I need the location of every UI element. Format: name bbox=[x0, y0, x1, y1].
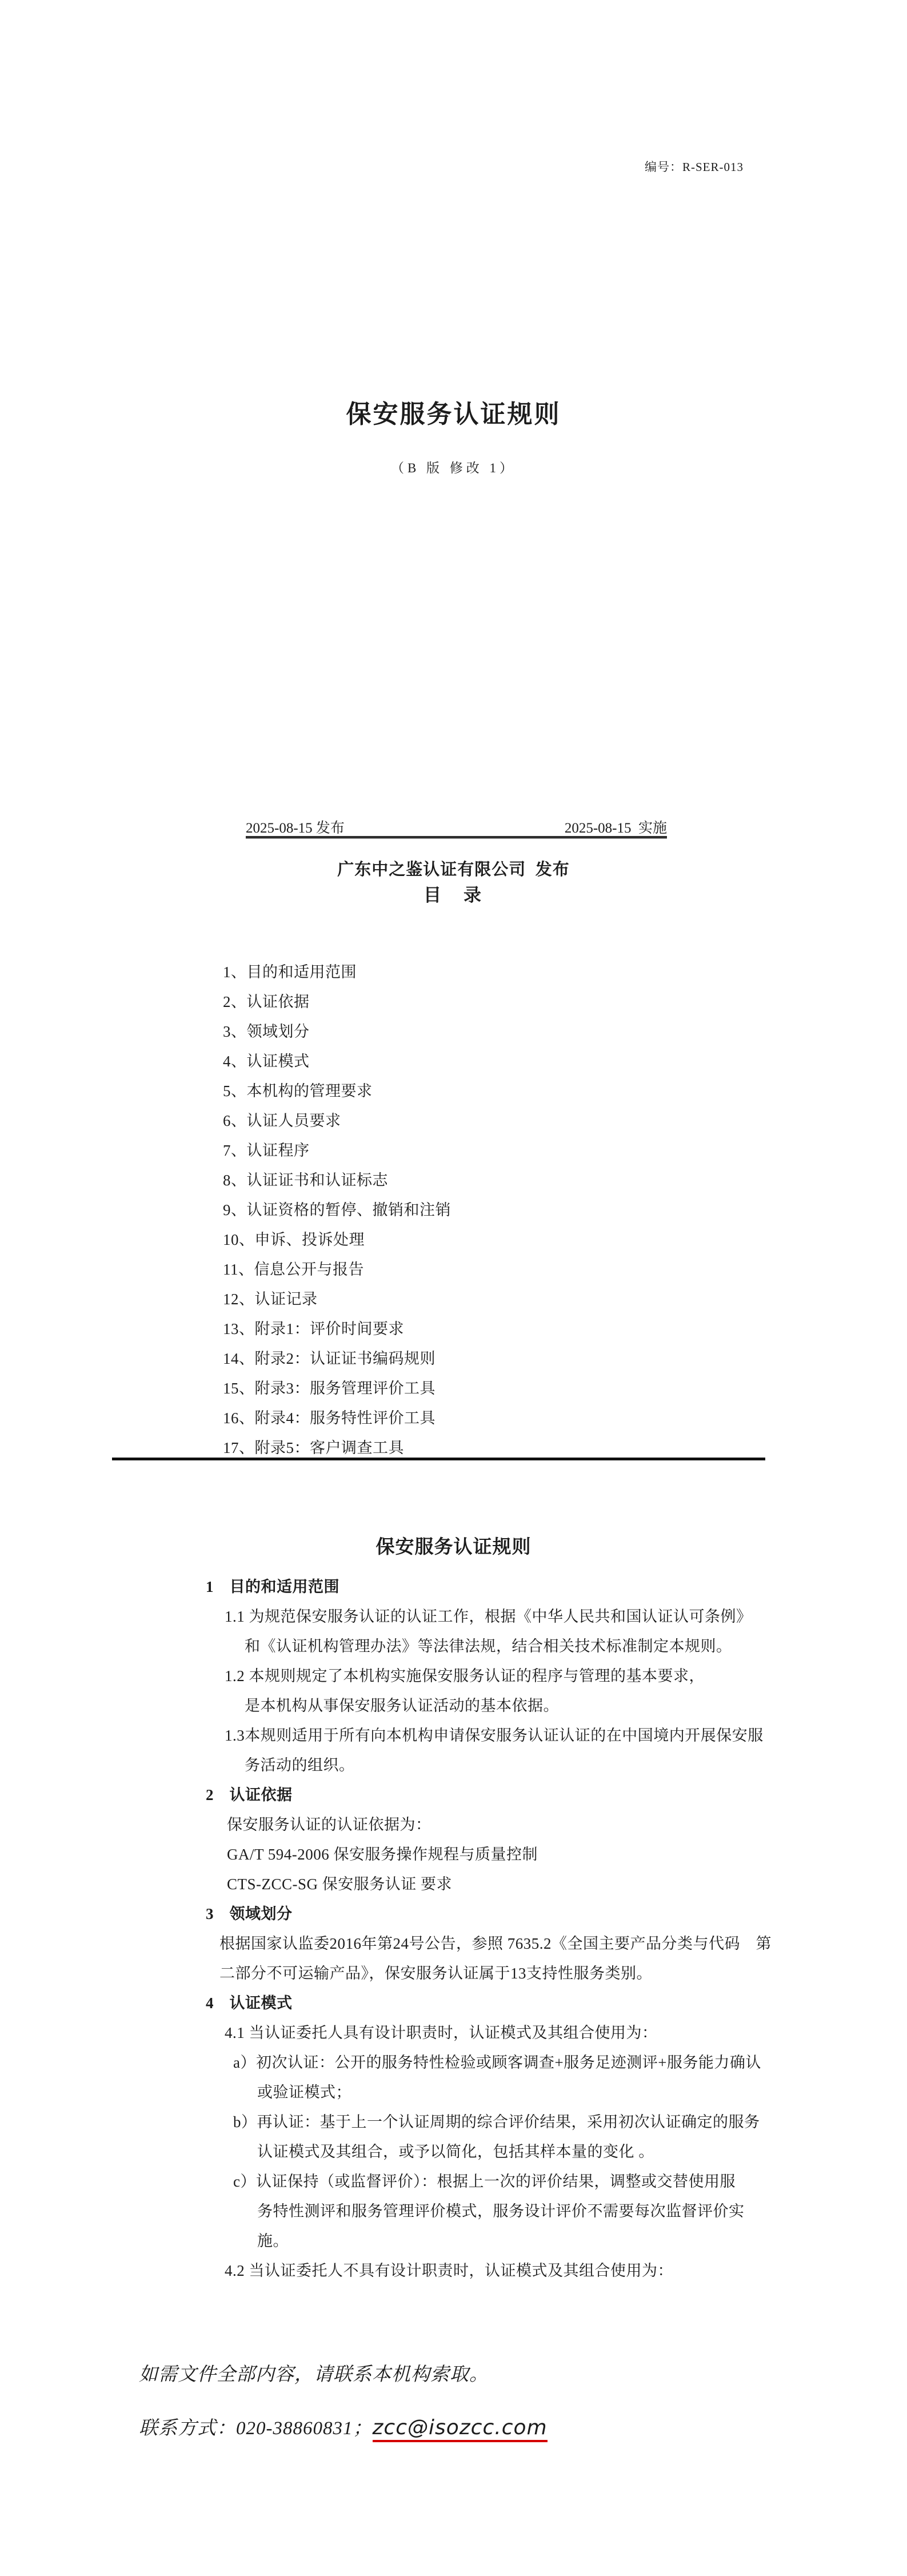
body-line: 2 认证依据 bbox=[0, 1780, 907, 1810]
toc-item: 3、领域划分 bbox=[223, 1017, 737, 1046]
body-line: c）认证保持（或监督评价）：根据上一次的评价结果，调整或交替使用服 bbox=[0, 2167, 907, 2196]
document-page: 编号：R-SER-013 保安服务认证规则 （B 版 修改 1） 2025-08… bbox=[0, 0, 907, 2576]
toc-item: 13、附录1：评价时间要求 bbox=[223, 1314, 737, 1344]
toc-item: 11、信息公开与报告 bbox=[223, 1255, 737, 1284]
toc-list: 1、目的和适用范围2、认证依据3、领域划分4、认证模式5、本机构的管理要求6、认… bbox=[223, 957, 737, 1463]
section-heading: 保安服务认证规则 bbox=[0, 1532, 907, 1559]
body-line: 1.3本规则适用于所有向本机构申请保安服务认证认证的在中国境内开展保安服 bbox=[0, 1721, 907, 1750]
body-line: 施。 bbox=[0, 2226, 907, 2256]
toc-item: 10、申诉、投诉处理 bbox=[223, 1225, 737, 1255]
implement-date: 2025-08-15 实施 bbox=[565, 817, 667, 837]
toc-item: 6、认证人员要求 bbox=[223, 1106, 737, 1136]
body-line: 或验证模式； bbox=[0, 2077, 907, 2107]
toc-item: 12、认证记录 bbox=[223, 1284, 737, 1314]
body-line: GA/T 594-2006 保安服务操作规程与质量控制 bbox=[0, 1840, 907, 1869]
toc-item: 5、本机构的管理要求 bbox=[223, 1076, 737, 1106]
toc-divider bbox=[112, 1458, 765, 1460]
cover-divider bbox=[246, 836, 667, 839]
email-link[interactable]: zcc@isozcc.com bbox=[373, 2416, 548, 2442]
cover-subtitle: （B 版 修改 1） bbox=[0, 457, 907, 476]
toc-item: 14、附录2：认证证书编码规则 bbox=[223, 1344, 737, 1373]
toc-item: 9、认证资格的暂停、撤销和注销 bbox=[223, 1195, 737, 1225]
toc-item: 7、认证程序 bbox=[223, 1136, 737, 1165]
body-line: 4.1 当认证委托人具有设计职责时，认证模式及其组合使用为： bbox=[0, 2018, 907, 2048]
body-line: 根据国家认监委2016年第24号公告，参照 7635.2《全国主要产品分类与代码… bbox=[0, 1929, 907, 1958]
doc-number: 编号：R-SER-013 bbox=[645, 158, 744, 175]
cover-title: 保安服务认证规则 bbox=[0, 393, 907, 430]
body-line: 务活动的组织。 bbox=[0, 1750, 907, 1780]
body-line: 二部分不可运输产品》，保安服务认证属于13支持性服务类别。 bbox=[0, 1958, 907, 1988]
footer-contact-line: 联系方式：020-38860831；zcc@isozcc.com bbox=[139, 2413, 548, 2440]
toc-item: 1、目的和适用范围 bbox=[223, 957, 737, 987]
contact-prefix: 联系方式：020-38860831； bbox=[139, 2418, 373, 2439]
toc-item: 15、附录3：服务管理评价工具 bbox=[223, 1373, 737, 1403]
footer-note: 如需文件全部内容，请联系本机构索取。 bbox=[139, 2359, 489, 2386]
body-line: b）再认证：基于上一个认证周期的综合评价结果，采用初次认证确定的服务 bbox=[0, 2107, 907, 2137]
body-line: 1 目的和适用范围 bbox=[0, 1572, 907, 1602]
body-line: 和《认证机构管理办法》等法律法规，结合相关技术标准制定本规则。 bbox=[0, 1631, 907, 1661]
body-line: 1.1 为规范保安服务认证的认证工作，根据《中华人民共和国认证认可条例》 bbox=[0, 1602, 907, 1631]
body-line: 4.2 当认证委托人不具有设计职责时，认证模式及其组合使用为： bbox=[0, 2256, 907, 2286]
release-date: 2025-08-15 发布 bbox=[246, 817, 345, 837]
body-line: 保安服务认证的认证依据为： bbox=[0, 1810, 907, 1840]
body-line: 认证模式及其组合，或予以简化，包括其样本量的变化 。 bbox=[0, 2137, 907, 2167]
body-lines: 1 目的和适用范围1.1 为规范保安服务认证的认证工作，根据《中华人民共和国认证… bbox=[0, 1572, 907, 2286]
publisher-line: 广东中之鉴认证有限公司 发布 bbox=[0, 857, 907, 880]
toc-item: 2、认证依据 bbox=[223, 987, 737, 1017]
body-line: CTS-ZCC-SG 保安服务认证 要求 bbox=[0, 1869, 907, 1899]
toc-item: 16、附录4：服务特性评价工具 bbox=[223, 1403, 737, 1433]
body-line: 务特性测评和服务管理评价模式，服务设计评价不需要每次监督评价实 bbox=[0, 2196, 907, 2226]
body-line: a）初次认证：公开的服务特性检验或顾客调查+服务足迹测评+服务能力确认 bbox=[0, 2048, 907, 2077]
body-line: 是本机构从事保安服务认证活动的基本依据。 bbox=[0, 1691, 907, 1721]
cover-dates-row: 2025-08-15 发布 2025-08-15 实施 bbox=[246, 817, 667, 837]
body-line: 3 领域划分 bbox=[0, 1899, 907, 1929]
body-line: 4 认证模式 bbox=[0, 1988, 907, 2018]
body-line: 1.2 本规则规定了本机构实施保安服务认证的程序与管理的基本要求， bbox=[0, 1661, 907, 1691]
toc-title: 目 录 bbox=[0, 881, 907, 906]
toc-item: 8、认证证书和认证标志 bbox=[223, 1165, 737, 1195]
toc-item: 4、认证模式 bbox=[223, 1046, 737, 1076]
